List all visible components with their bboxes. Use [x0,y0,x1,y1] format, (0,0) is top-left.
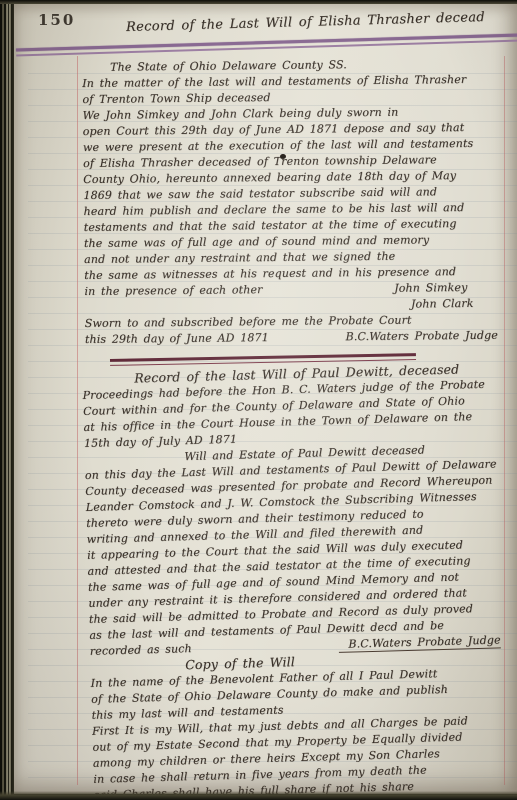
section-paul-dewitt: Record of the last Will of Paul Dewitt, … [82,360,517,800]
book-edge-top [0,0,517,4]
ink-blot [280,154,286,159]
manuscript-text: this 29th day of June AD 1871 [85,330,269,348]
page-header-title: Record of the Last Will of Elisha Thrash… [126,10,485,35]
margin-line-left [77,56,78,785]
manuscript-text: in the presence of each other [84,282,262,300]
signature-text: B.C.Waters Probate Judge [335,328,498,346]
header-double-rule [16,34,517,57]
book-binding-edge [0,0,14,800]
page-number: 150 [38,11,75,29]
ledger-page: 150 Record of the Last Will of Elisha Th… [14,4,517,794]
manuscript-text: of Trenton Town Ship deceased [82,90,270,108]
book-edge-bottom [0,791,517,800]
manuscript-text: recorded as such [90,641,192,660]
section-elisha-thrasher: The State of Ohio Delaware County SS.In … [82,56,514,348]
record-book-photo: 150 Record of the Last Will of Elisha Th… [0,0,517,800]
signature-text: John Clark [401,296,474,313]
signature-text: John Simkey [384,280,467,297]
